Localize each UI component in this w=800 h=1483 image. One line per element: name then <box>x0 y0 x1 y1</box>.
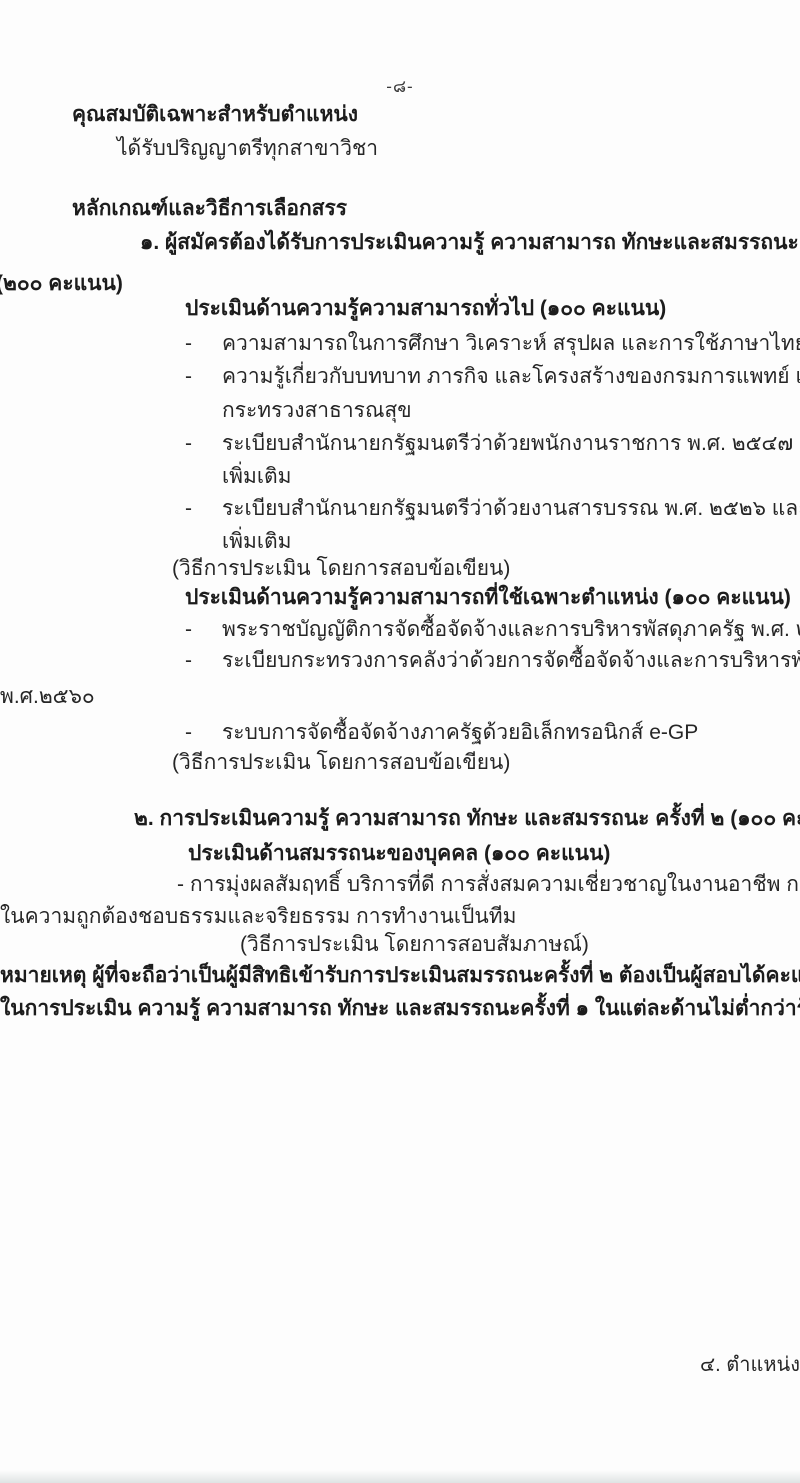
bullet-dash: - <box>185 496 222 522</box>
list-item-text: ระเบียบสำนักนายกรัฐมนตรีว่าด้วยพนักงานรา… <box>222 431 800 457</box>
list-item-continuation: พ.ศ.๒๕๖๐ <box>0 684 95 710</box>
personal-assessment-heading: ประเมินด้านสมรรถนะของบุคคล (๑๐๐ คะแนน) <box>188 841 610 867</box>
footer-note: ๔. ตำแหน่ง...... <box>700 1353 800 1378</box>
scan-edge-artifact <box>0 1470 800 1483</box>
bullet-dash: - <box>185 617 222 643</box>
bullet-dash: - <box>185 648 222 674</box>
item1-title-continuation: (๒๐๐ คะแนน) <box>0 271 123 297</box>
list-item: - พระราชบัญญัติการจัดซื้อจัดจ้างและการบร… <box>185 617 800 643</box>
personal-assessment-method: (วิธีการประเมิน โดยการสอบสัมภาษณ์) <box>240 932 589 958</box>
general-assessment-heading: ประเมินด้านความรู้ความสามารถทั่วไป (๑๐๐ … <box>185 296 666 322</box>
list-item: - ระบบการจัดซื้อจัดจ้างภาครัฐด้วยอิเล็กท… <box>185 720 698 746</box>
bullet-dash: - <box>185 364 222 390</box>
bullet-dash: - <box>185 720 222 746</box>
bullet-dash: - <box>185 331 222 357</box>
item2-title: ๒. การประเมินความรู้ ความสามารถ ทักษะ แล… <box>134 806 800 832</box>
list-item: - ความรู้เกี่ยวกับบทบาท ภารกิจ และโครงสร… <box>185 364 800 390</box>
list-item-text: ความรู้เกี่ยวกับบทบาท ภารกิจ และโครงสร้า… <box>222 364 800 390</box>
specific-assessment-heading: ประเมินด้านความรู้ความสามารถที่ใช้เฉพาะต… <box>185 585 791 611</box>
criteria-heading: หลักเกณฑ์และวิธีการเลือกสรร <box>72 196 347 222</box>
list-item-text: ความสามารถในการศึกษา วิเคราะห์ สรุปผล แล… <box>222 331 800 357</box>
scanned-document-page: -๘- คุณสมบัติเฉพาะสำหรับตำแหน่ง ได้รับปร… <box>0 0 800 1483</box>
specific-assessment-method: (วิธีการประเมิน โดยการสอบข้อเขียน) <box>172 750 510 776</box>
note-line-2: ในการประเมิน ความรู้ ความสามารถ ทักษะ แล… <box>0 996 800 1022</box>
list-item: - ระเบียบสำนักนายกรัฐมนตรีว่าด้วยงานสารบ… <box>185 496 800 522</box>
list-item-continuation: กระทรวงสาธารณสุข <box>222 398 412 424</box>
page-number: -๘- <box>0 76 800 97</box>
list-item-text: พระราชบัญญัติการจัดซื้อจัดจ้างและการบริห… <box>222 617 800 643</box>
list-item-text: ระเบียบกระทรวงการคลังว่าด้วยการจัดซื้อจั… <box>222 648 800 674</box>
list-item: - ระเบียบกระทรวงการคลังว่าด้วยการจัดซื้อ… <box>185 648 800 674</box>
qualifications-heading: คุณสมบัติเฉพาะสำหรับตำแหน่ง <box>72 102 358 128</box>
personal-assessment-bullet: - การมุ่งผลสัมฤทธิ์ บริการที่ดี การสั่งส… <box>177 872 800 898</box>
list-item-continuation: เพิ่มเติม <box>222 464 292 490</box>
item1-title: ๑. ผู้สมัครต้องได้รับการประเมินความรู้ ค… <box>140 230 800 256</box>
note-line-1: หมายเหตุ ผู้ที่จะถือว่าเป็นผู้มีสิทธิเข้… <box>0 963 800 989</box>
qualifications-detail: ได้รับปริญญาตรีทุกสาขาวิชา <box>117 136 378 162</box>
list-item-continuation: เพิ่มเติม <box>222 529 292 555</box>
personal-assessment-bullet-continuation: ในความถูกต้องชอบธรรมและจริยธรรม การทำงาน… <box>0 904 516 930</box>
list-item: - ความสามารถในการศึกษา วิเคราะห์ สรุปผล … <box>185 331 800 357</box>
general-assessment-method: (วิธีการประเมิน โดยการสอบข้อเขียน) <box>172 556 510 582</box>
list-item-text: ระเบียบสำนักนายกรัฐมนตรีว่าด้วยงานสารบรร… <box>222 496 800 522</box>
list-item-text: ระบบการจัดซื้อจัดจ้างภาครัฐด้วยอิเล็กทรอ… <box>222 720 698 746</box>
list-item: - ระเบียบสำนักนายกรัฐมนตรีว่าด้วยพนักงาน… <box>185 431 800 457</box>
bullet-dash: - <box>185 431 222 457</box>
